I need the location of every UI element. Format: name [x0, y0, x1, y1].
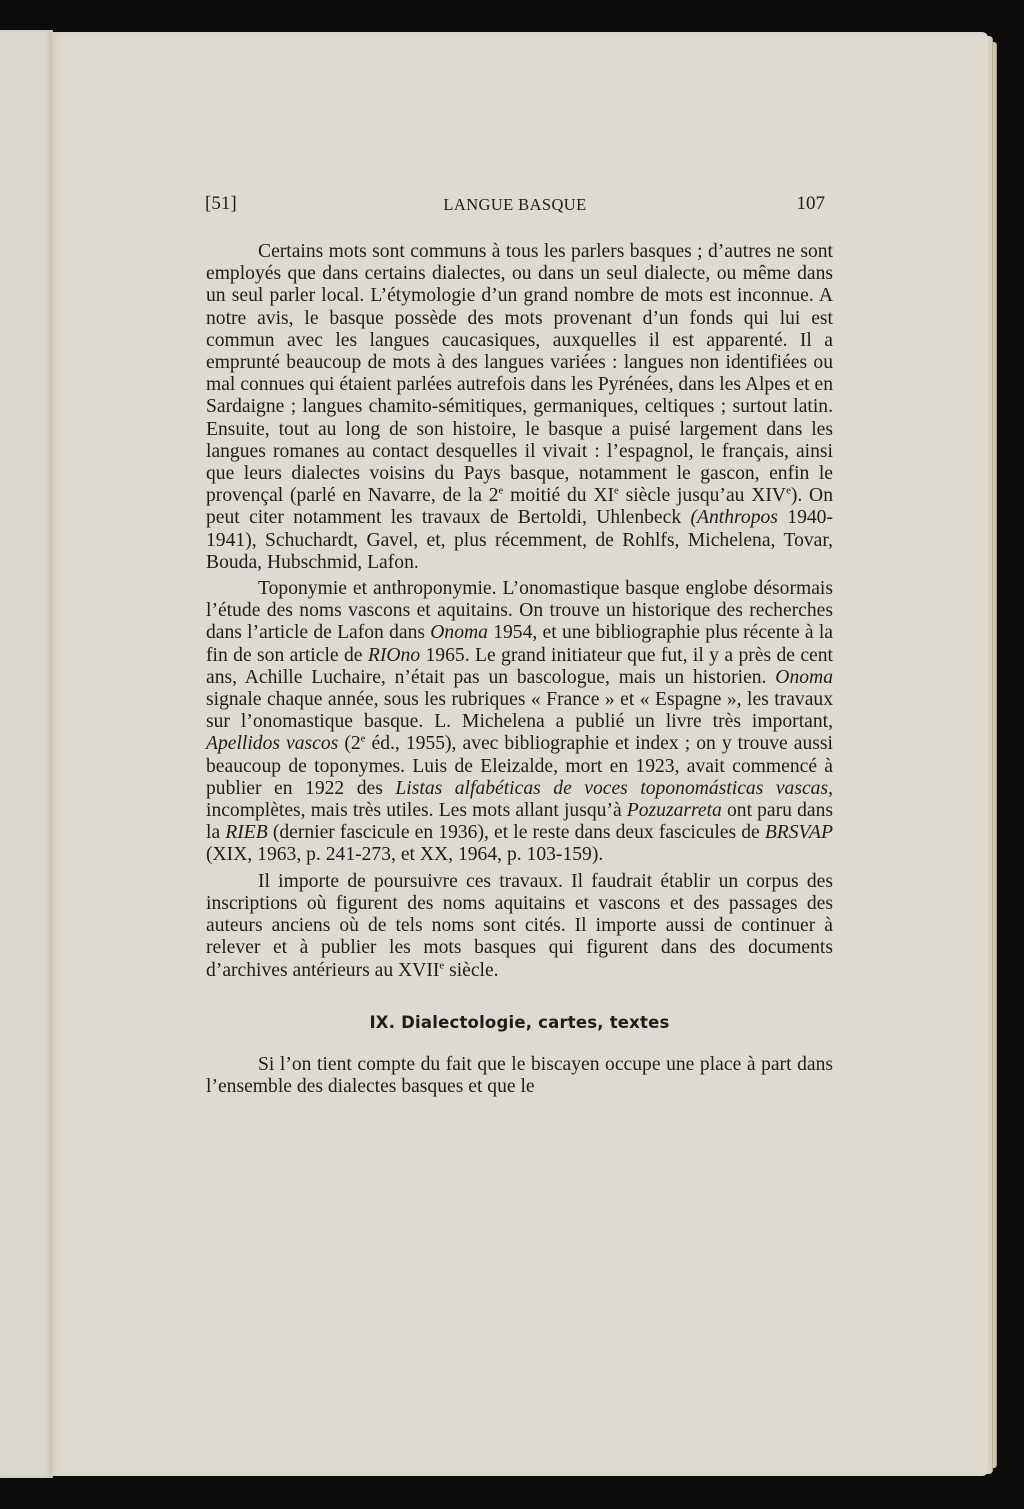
facing-page-edge [0, 30, 53, 1478]
section-heading: IX. Dialectologie, cartes, textes [206, 1012, 833, 1034]
running-title: LANGUE BASQUE [205, 195, 825, 215]
paragraph: Si l’on tient compte du fait que le bisc… [206, 1054, 833, 1098]
paragraph: Certains mots sont communs à tous les pa… [206, 241, 833, 574]
page-number: 107 [797, 193, 826, 215]
paragraph: Il importe de poursuivre ces travaux. Il… [206, 871, 833, 982]
running-head: [51] LANGUE BASQUE 107 [205, 193, 825, 219]
body-text: Certains mots sont communs à tous les pa… [206, 241, 833, 1098]
paragraph: Toponymie et anthroponymie. L’onomastiqu… [206, 578, 833, 867]
